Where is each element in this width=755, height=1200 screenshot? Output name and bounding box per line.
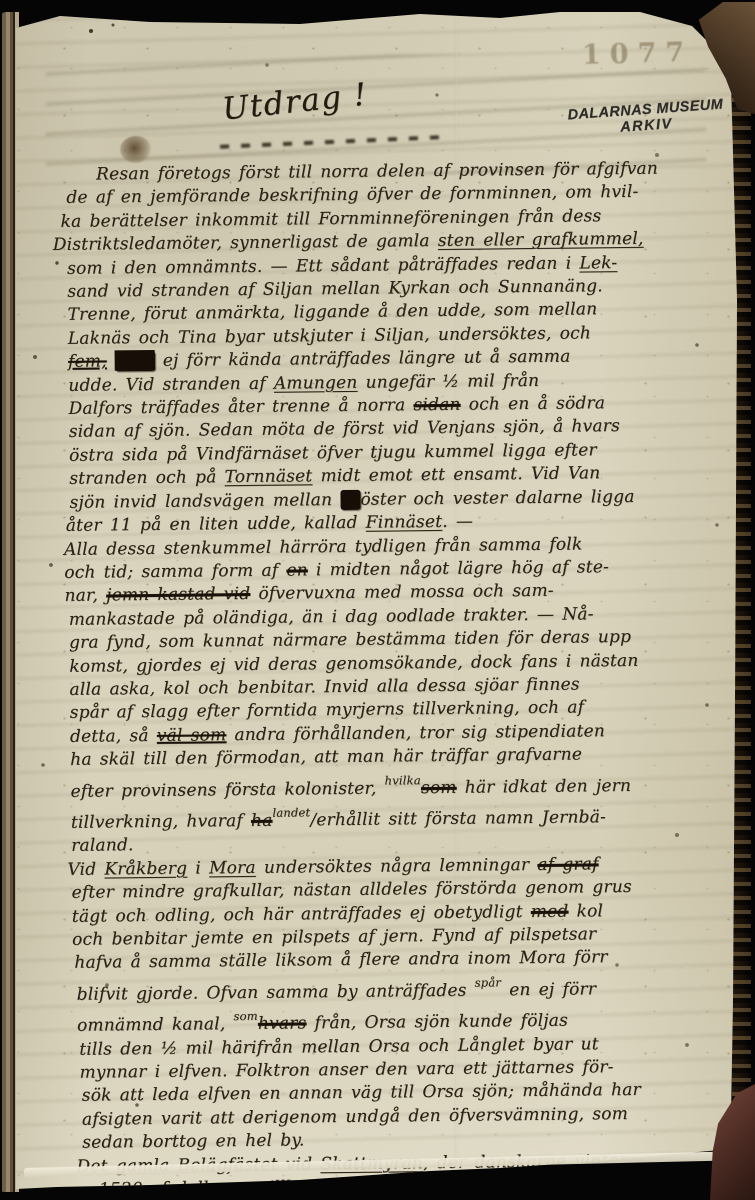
ink-stain <box>120 136 152 163</box>
archival-scan: 1077 DALARNAS MUSEUM ARKIV Utdrag ! Resa… <box>0 0 755 1200</box>
museum-stamp: DALARNAS MUSEUM ARKIV <box>555 96 737 140</box>
manuscript-text: Resan företogs först till norra delen af… <box>52 157 723 1196</box>
manuscript-page: 1077 DALARNAS MUSEUM ARKIV Utdrag ! Resa… <box>16 4 742 1196</box>
crossed-out-smudge <box>220 135 440 149</box>
page-title: Utdrag ! <box>221 76 370 127</box>
paper-specks <box>16 4 18 6</box>
